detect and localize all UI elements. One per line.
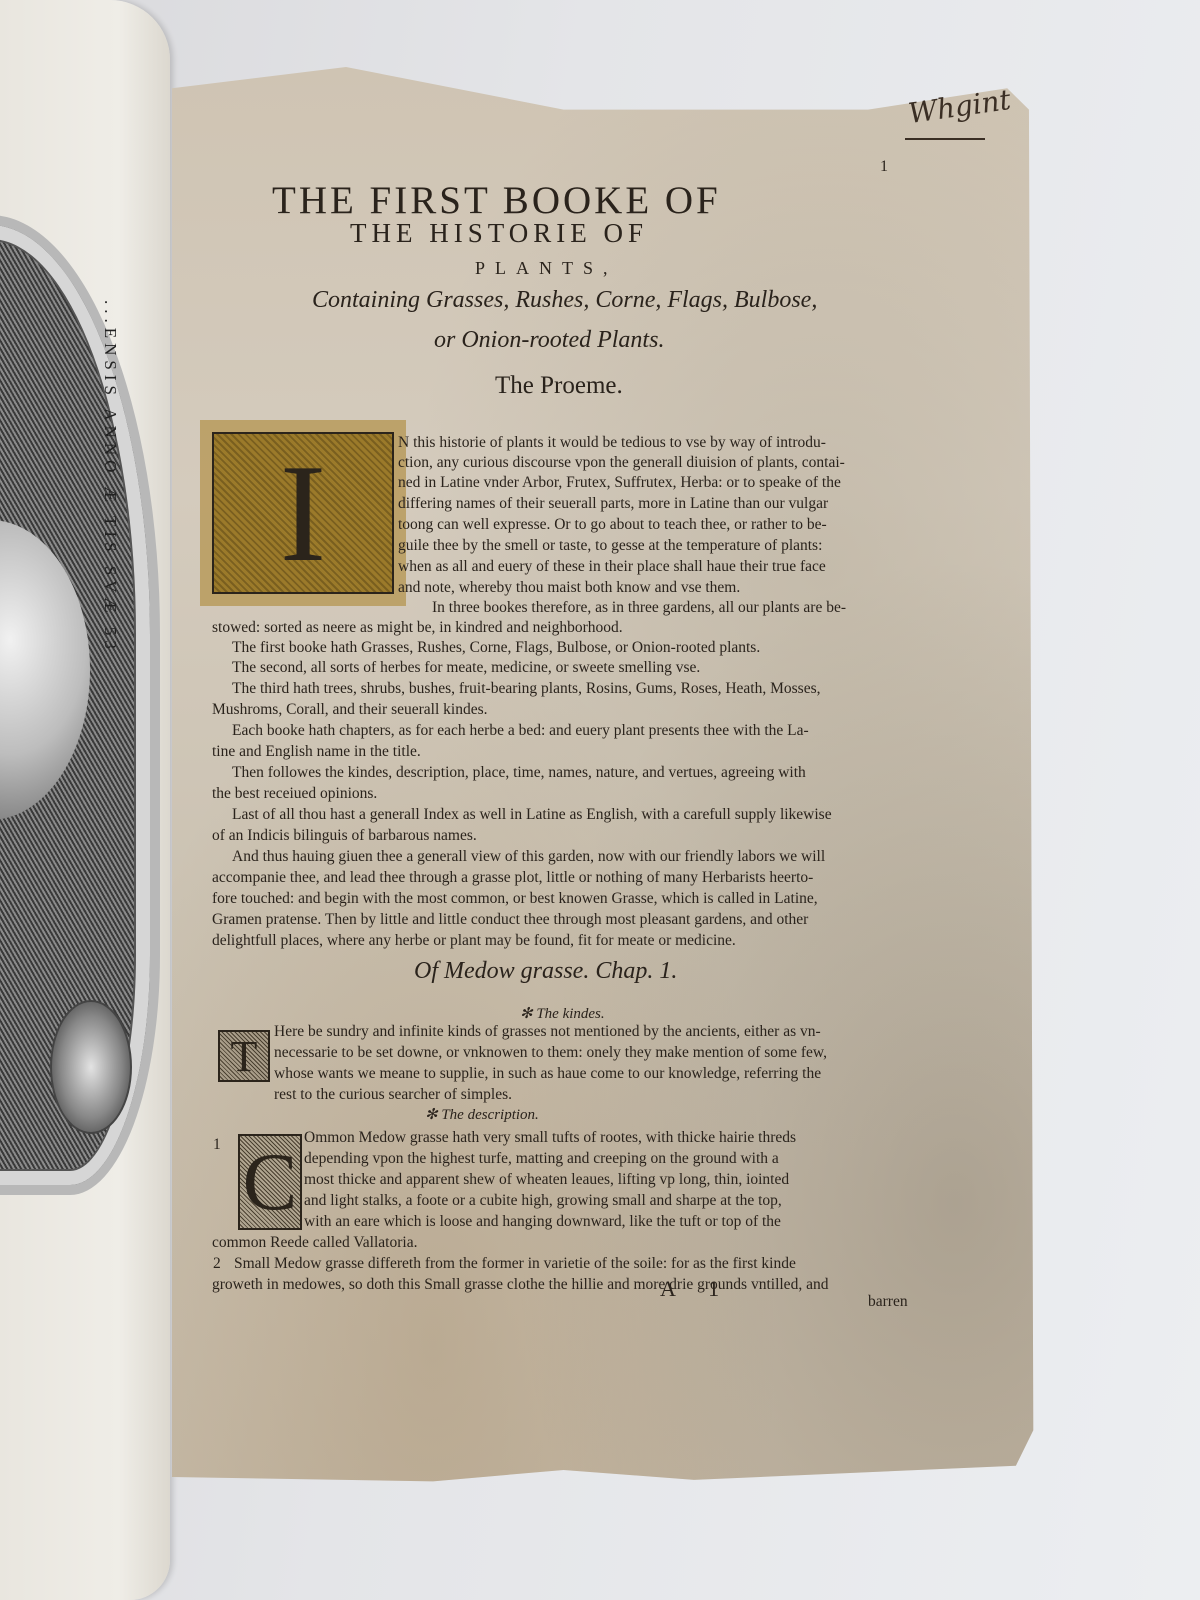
text-line: And thus hauing giuen thee a generall vi… [232,847,825,866]
title-line-2: THE HISTORIE OF [350,218,648,249]
text-line: The first booke hath Grasses, Rushes, Co… [232,638,760,657]
description-heading: ✻ The description. [425,1105,539,1124]
signature-underline [905,138,985,140]
text-line: and light stalks, a foote or a cubite hi… [304,1191,782,1210]
text-line: The third hath trees, shrubs, bushes, fr… [232,679,821,698]
text-line: N this historie of plants it would be te… [398,433,826,452]
text-line: when as all and euery of these in their … [398,557,826,576]
text-line: common Reede called Vallatoria. [212,1233,417,1252]
text-line: stowed: sorted as neere as might be, in … [212,618,623,637]
item-number-1: 1 [213,1135,221,1154]
text-line: Then followes the kindes, description, p… [232,763,806,782]
text-line: The second, all sorts of herbes for meat… [232,658,700,677]
item-number-2: 2 [213,1254,221,1273]
text-line: accompanie thee, and lead thee through a… [212,868,813,887]
text-line: rest to the curious searcher of simples. [274,1085,512,1104]
heraldic-shield-icon [50,1000,132,1134]
catchword: barren [868,1292,908,1311]
title-line-1: THE FIRST BOOKE OF [272,178,721,223]
portrait-legend: ...ENSIS ANNO Æ TIS SVÆ 53 [100,300,120,1000]
subtitle-line-2: or Onion-rooted Plants. [434,327,664,354]
text-line: of an Indicis bilinguis of barbarous nam… [212,826,477,845]
proeme-heading: The Proeme. [495,372,623,400]
text-line: Small Medow grasse differeth from the fo… [234,1254,796,1273]
text-line: groweth in medowes, so doth this Small g… [212,1275,828,1294]
text-line: and note, whereby thou maist both know a… [398,578,740,597]
text-line: ction, any curious discourse vpon the ge… [398,453,845,472]
decorated-initial-t-icon: T [218,1030,270,1082]
text-line: depending vpon the highest turfe, mattin… [304,1149,779,1168]
title-line-3: PLANTS, [475,258,618,279]
text-line: Ommon Medow grasse hath very small tufts… [304,1128,796,1147]
chapter-heading: Of Medow grasse. Chap. 1. [414,958,677,985]
text-line: Here be sundry and infinite kinds of gra… [274,1022,821,1041]
text-line: tine and English name in the title. [212,742,421,761]
text-line: most thicke and apparent shew of wheaten… [304,1170,789,1189]
left-page-frontispiece: ...ENSIS ANNO Æ TIS SVÆ 53 [0,0,170,1600]
text-line: delightfull places, where any herbe or p… [212,931,736,950]
text-line: In three bookes therefore, as in three g… [432,598,846,617]
text-line: ned in Latine vnder Arbor, Frutex, Suffr… [398,473,841,492]
decorated-initial-c-icon: C [238,1134,302,1230]
text-line: the best receiued opinions. [212,784,377,803]
signature-mark: A 1 [660,1276,733,1302]
text-line: Gramen pratense. Then by little and litt… [212,910,808,929]
text-line: Mushroms, Corall, and their seuerall kin… [212,700,488,719]
text-line: toong can well expresse. Or to go about … [398,515,827,534]
folio-number: 1 [880,158,888,176]
text-line: Each booke hath chapters, as for each he… [232,721,809,740]
subtitle-line-1: Containing Grasses, Rushes, Corne, Flags… [312,287,817,314]
text-line: necessarie to be set downe, or vnknowen … [274,1043,827,1062]
text-line: with an eare which is loose and hanging … [304,1212,781,1231]
text-line: whose wants we meane to supplie, in such… [274,1064,821,1083]
text-line: Last of all thou hast a generall Index a… [232,805,832,824]
kindes-heading: ✻ The kindes. [520,1004,605,1023]
decorated-initial-i-icon: I [212,432,394,594]
text-line: guile thee by the smell or taste, to ges… [398,536,822,555]
text-line: fore touched: and begin with the most co… [212,889,818,908]
text-line: differing names of their seuerall parts,… [398,494,828,513]
